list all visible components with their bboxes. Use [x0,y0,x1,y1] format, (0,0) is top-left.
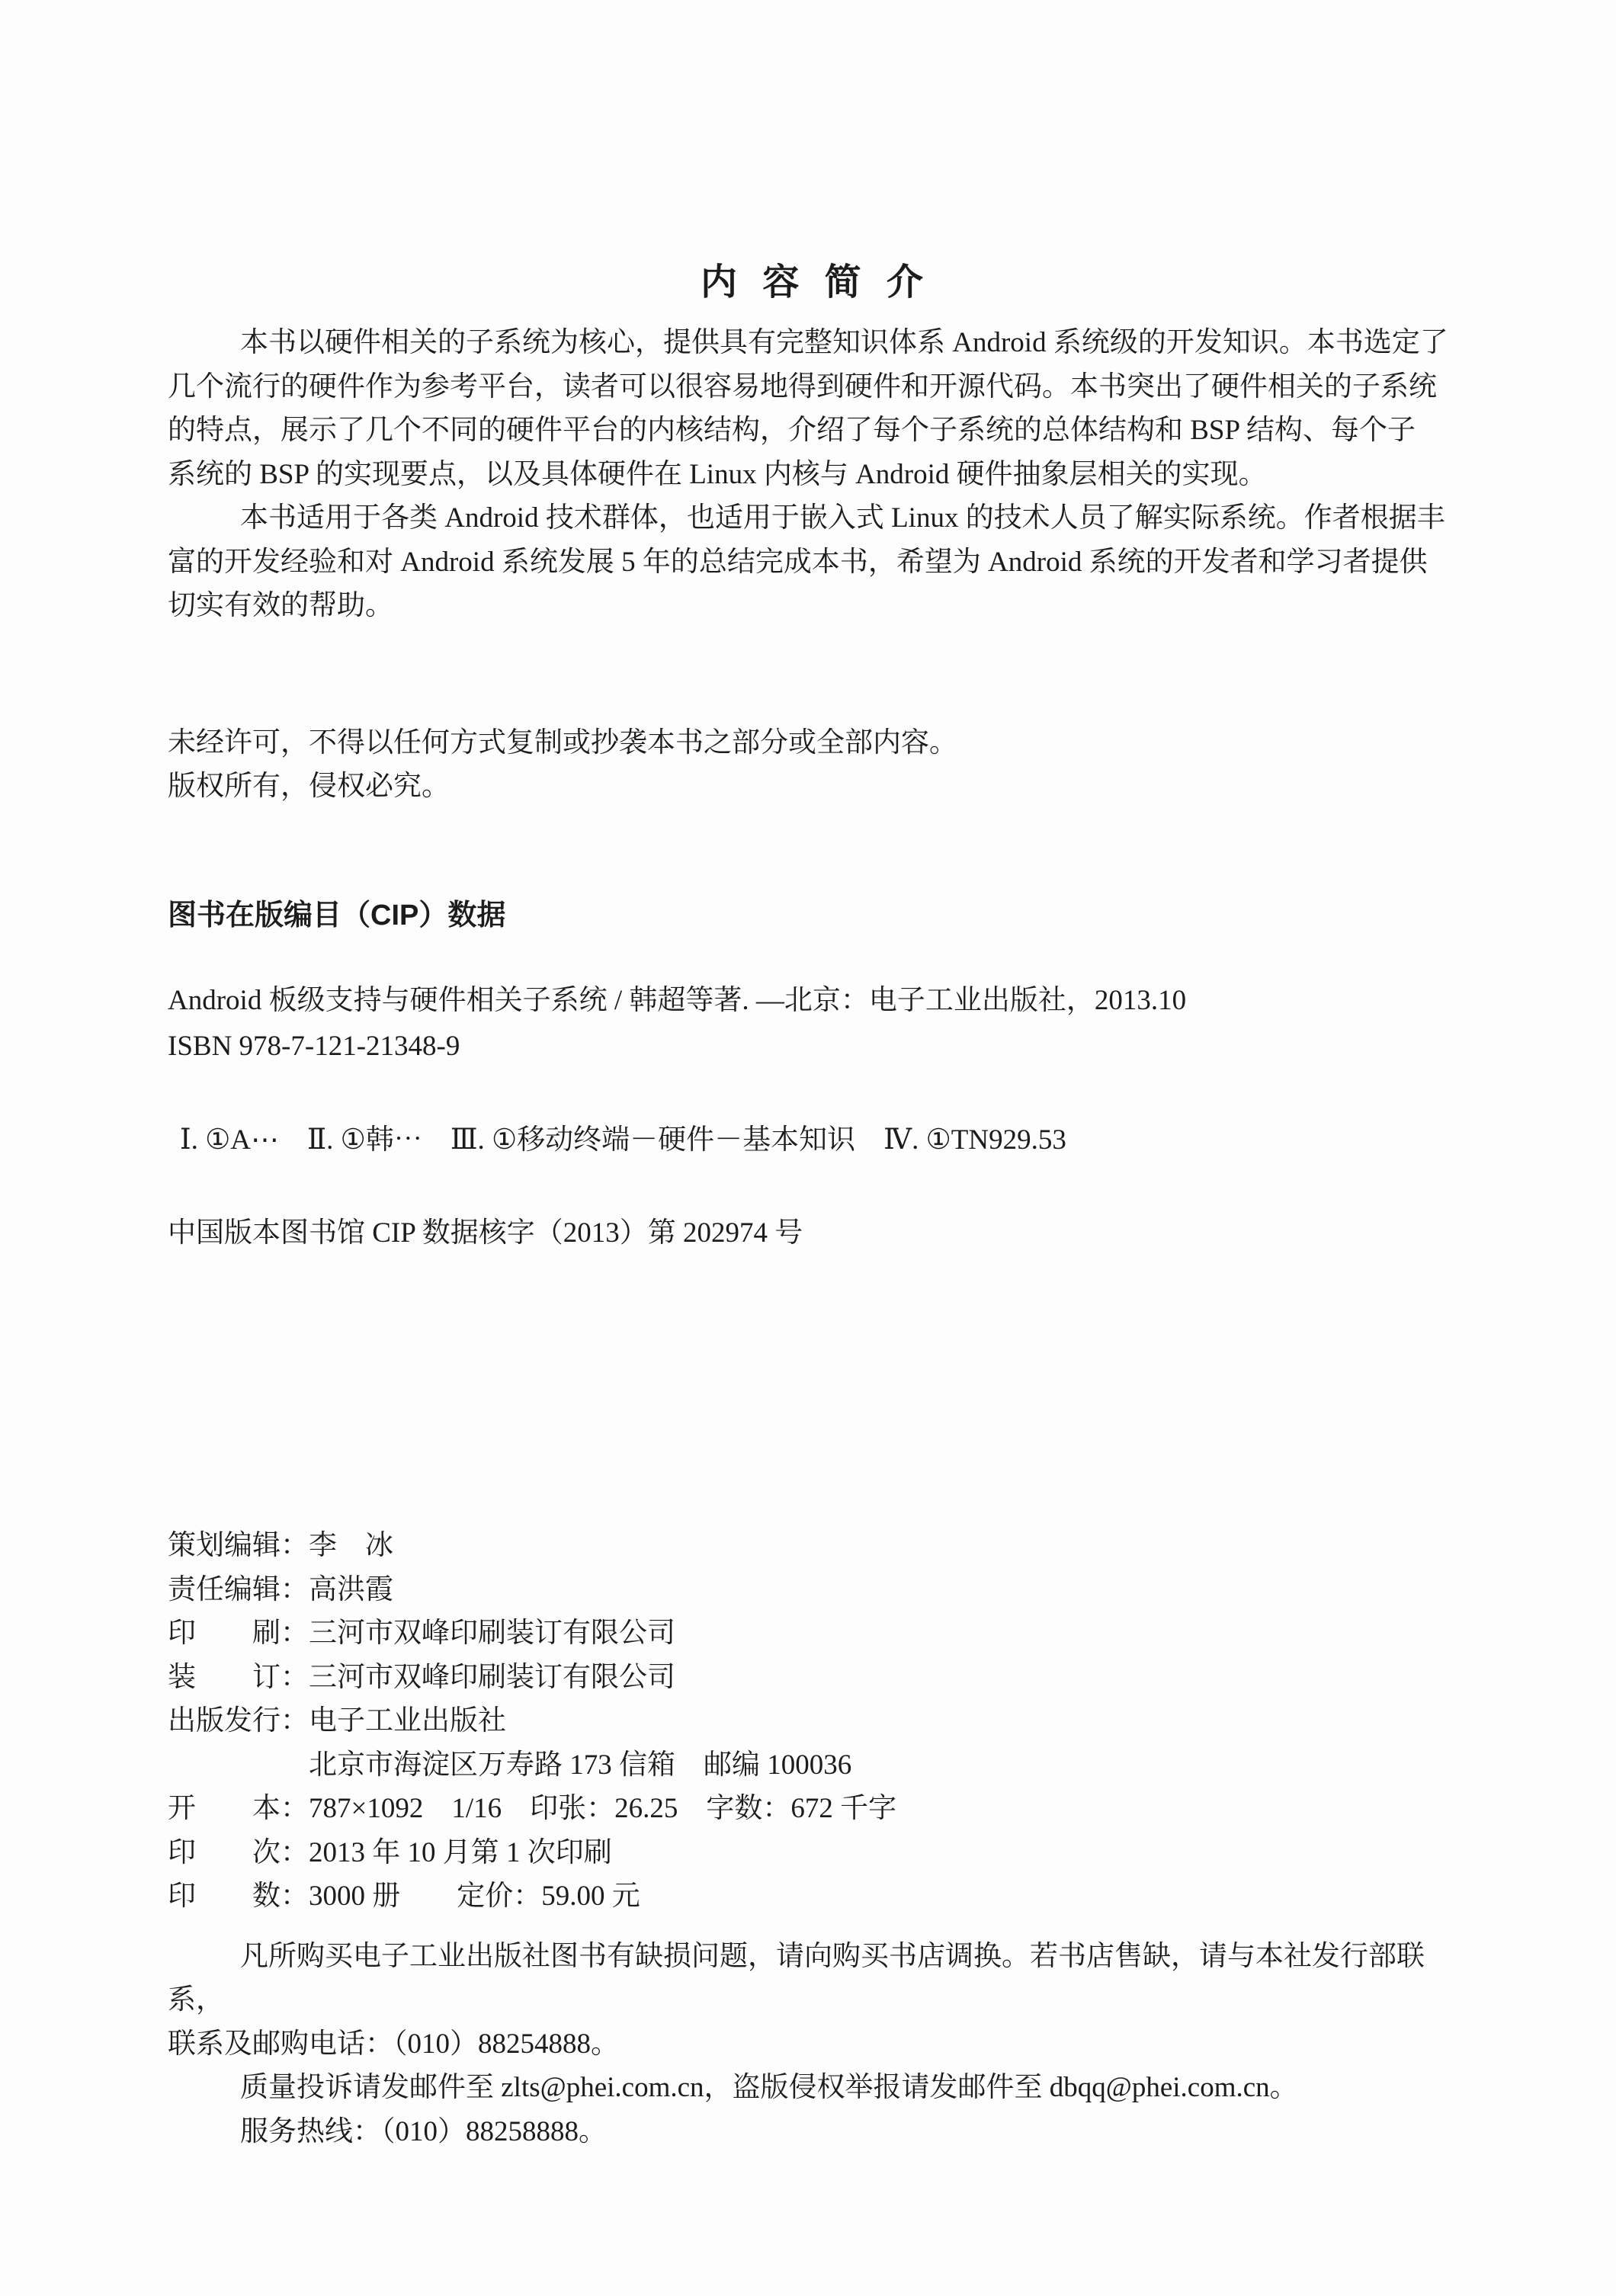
cip-section: 图书在版编目（CIP）数据 Android 板级支持与硬件相关子系统 / 韩超等… [168,894,1464,1255]
cip-classification: Ⅰ. ①A⋯ Ⅱ. ①韩⋯ Ⅲ. ①移动终端－硬件－基本知识 Ⅳ. ①TN929… [168,1118,1464,1162]
page-title: 内 容 简 介 [168,259,1464,306]
purchase-note-line-3: 质量投诉请发邮件至 zlts@phei.com.cn，盗版侵权举报请发邮件至 d… [168,2066,1464,2110]
publication-row-printer: 印 刷：三河市双峰印刷装订有限公司 [168,1611,1464,1656]
publication-row-address: 北京市海淀区万寿路 173 信箱 邮编 100036 [168,1743,1464,1788]
cip-registration: 中国版本图书馆 CIP 数据核字（2013）第 202974 号 [168,1211,1464,1255]
cip-isbn: ISBN 978-7-121-21348-9 [168,1025,1464,1069]
intro-p1-line-2: 几个流行的硬件作为参考平台，读者可以很容易地得到硬件和开源代码。本书突出了硬件相… [168,365,1464,409]
intro-p2-line-2: 富的开发经验和对 Android 系统发展 5 年的总结完成本书，希望为 And… [168,540,1464,585]
publication-row-format: 开 本：787×1092 1/16 印张：26.25 字数：672 千字 [168,1787,1464,1831]
publication-row-copies-price: 印 数：3000 册 定价：59.00 元 [168,1874,1464,1919]
purchase-note-line-1: 凡所购买电子工业出版社图书有缺损问题，请向购买书店调换。若书店售缺，请与本社发行… [168,1935,1464,2022]
intro-p2-line-3: 切实有效的帮助。 [168,584,1464,628]
book-copyright-page: 内 容 简 介 本书以硬件相关的子系统为核心，提供具有完整知识体系 Androi… [0,0,1616,2296]
publication-row-planning-editor: 策划编辑：李 冰 [168,1524,1464,1568]
copyright-notice-line-1: 未经许可，不得以任何方式复制或抄袭本书之部分或全部内容。 [168,721,1464,765]
cip-entry: Android 板级支持与硬件相关子系统 / 韩超等著. —北京：电子工业出版社… [168,979,1464,1023]
publication-row-print-run-date: 印 次：2013 年 10 月第 1 次印刷 [168,1831,1464,1875]
copyright-notice-line-2: 版权所有，侵权必究。 [168,765,1464,809]
copyright-notice-section: 未经许可，不得以任何方式复制或抄袭本书之部分或全部内容。 版权所有，侵权必究。 [168,721,1464,809]
page-content: 内 容 简 介 本书以硬件相关的子系统为核心，提供具有完整知识体系 Androi… [0,259,1616,2153]
intro-p2-line-1: 本书适用于各类 Android 技术群体，也适用于嵌入式 Linux 的技术人员… [168,496,1464,540]
intro-p1-line-1: 本书以硬件相关的子系统为核心，提供具有完整知识体系 Android 系统级的开发… [168,321,1464,365]
intro-section: 本书以硬件相关的子系统为核心，提供具有完整知识体系 Android 系统级的开发… [168,321,1464,628]
publication-info-section: 策划编辑：李 冰 责任编辑：高洪霞 印 刷：三河市双峰印刷装订有限公司 装 订：… [168,1524,1464,1919]
purchase-note-line-2: 联系及邮购电话：（010）88254888。 [168,2022,1464,2067]
cip-heading: 图书在版编目（CIP）数据 [168,894,1464,938]
purchase-note-line-4: 服务热线：（010）88258888。 [168,2110,1464,2154]
purchase-notes-section: 凡所购买电子工业出版社图书有缺损问题，请向购买书店调换。若书店售缺，请与本社发行… [168,1935,1464,2154]
intro-p1-line-4: 系统的 BSP 的实现要点，以及具体硬件在 Linux 内核与 Android … [168,453,1464,497]
publication-row-executive-editor: 责任编辑：高洪霞 [168,1568,1464,1612]
publication-row-binder: 装 订：三河市双峰印刷装订有限公司 [168,1656,1464,1700]
publication-row-publisher: 出版发行：电子工业出版社 [168,1699,1464,1743]
intro-p1-line-3: 的特点，展示了几个不同的硬件平台的内核结构，介绍了每个子系统的总体结构和 BSP… [168,409,1464,453]
